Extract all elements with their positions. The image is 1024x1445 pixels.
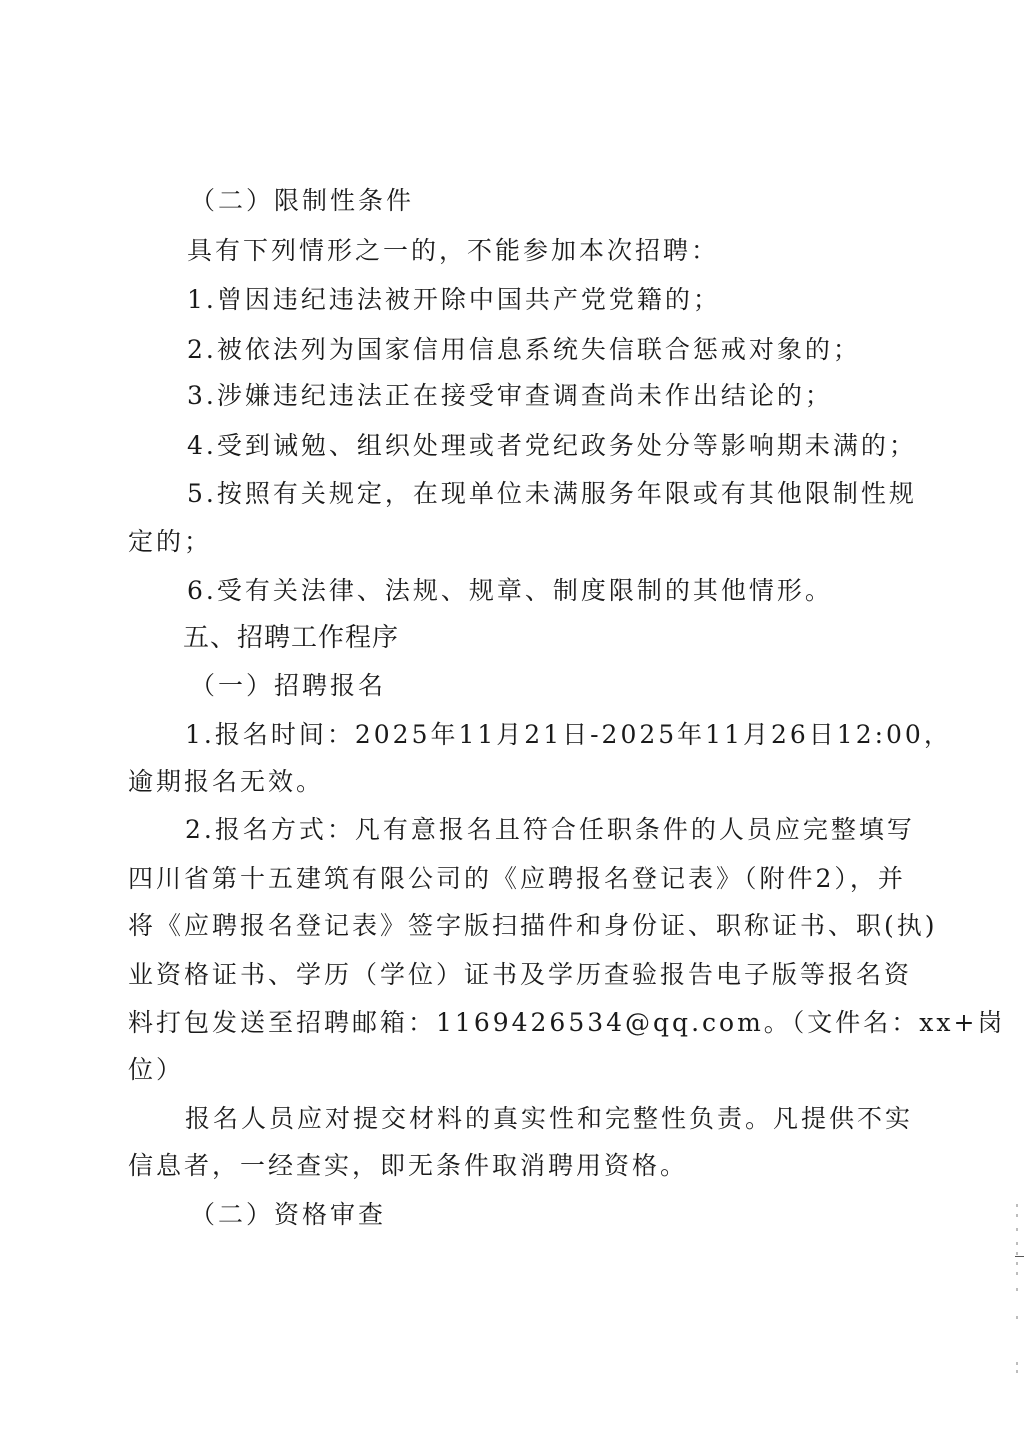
responsibility-line-1: 报名人员应对提交材料的真实性和完整性负责。凡提供不实 <box>185 1104 913 1134</box>
registration-method-line-6: 位） <box>128 1055 184 1085</box>
subheading-registration: （一）招聘报名 <box>190 671 386 701</box>
restriction-item-6: 6.受有关法律、法规、规章、制度限制的其他情形。 <box>187 576 833 606</box>
registration-method-line-3: 将《应聘报名登记表》签字版扫描件和身份证、职称证书、职(执) <box>128 911 938 941</box>
restrictions-intro: 具有下列情形之一的，不能参加本次招聘： <box>187 236 719 266</box>
section-five-heading: 五、招聘工作程序 <box>183 623 399 653</box>
registration-method-line-2: 四川省第十五建筑有限公司的《应聘报名登记表》（附件2），并 <box>128 864 906 894</box>
restriction-item-3: 3.涉嫌违纪违法正在接受审查调查尚未作出结论的； <box>187 381 833 411</box>
restriction-item-5-cont: 定的； <box>128 527 212 557</box>
registration-method-line-5: 料打包发送至招聘邮箱：1169426534@qq.com。（文件名：xx+岗 <box>128 1008 1005 1038</box>
responsibility-line-2: 信息者，一经查实，即无条件取消聘用资格。 <box>128 1151 688 1181</box>
registration-time: 1.报名时间：2025年11月21日-2025年11月26日12:00， <box>185 720 952 750</box>
restriction-item-2: 2.被依法列为国家信用信息系统失信联合惩戒对象的； <box>187 335 861 365</box>
restriction-item-5: 5.按照有关规定，在现单位未满服务年限或有其他限制性规 <box>187 479 917 509</box>
subheading-qualification-review: （二）资格审查 <box>190 1200 386 1230</box>
registration-method-line-4: 业资格证书、学历（学位）证书及学历查验报告电子版等报名资 <box>128 960 912 990</box>
subheading-restrictions: （二）限制性条件 <box>190 186 414 216</box>
registration-time-cont: 逾期报名无效。 <box>128 767 324 797</box>
document-page: （二）限制性条件 具有下列情形之一的，不能参加本次招聘： 1.曾因违纪违法被开除… <box>0 0 1024 1445</box>
registration-method-line-1: 2.报名方式：凡有意报名且符合任职条件的人员应完整填写 <box>185 815 915 845</box>
scan-edge-mark <box>1010 1200 1024 1440</box>
restriction-item-1: 1.曾因违纪违法被开除中国共产党党籍的； <box>187 285 721 315</box>
restriction-item-4: 4.受到诫勉、组织处理或者党纪政务处分等影响期未满的； <box>187 431 917 461</box>
